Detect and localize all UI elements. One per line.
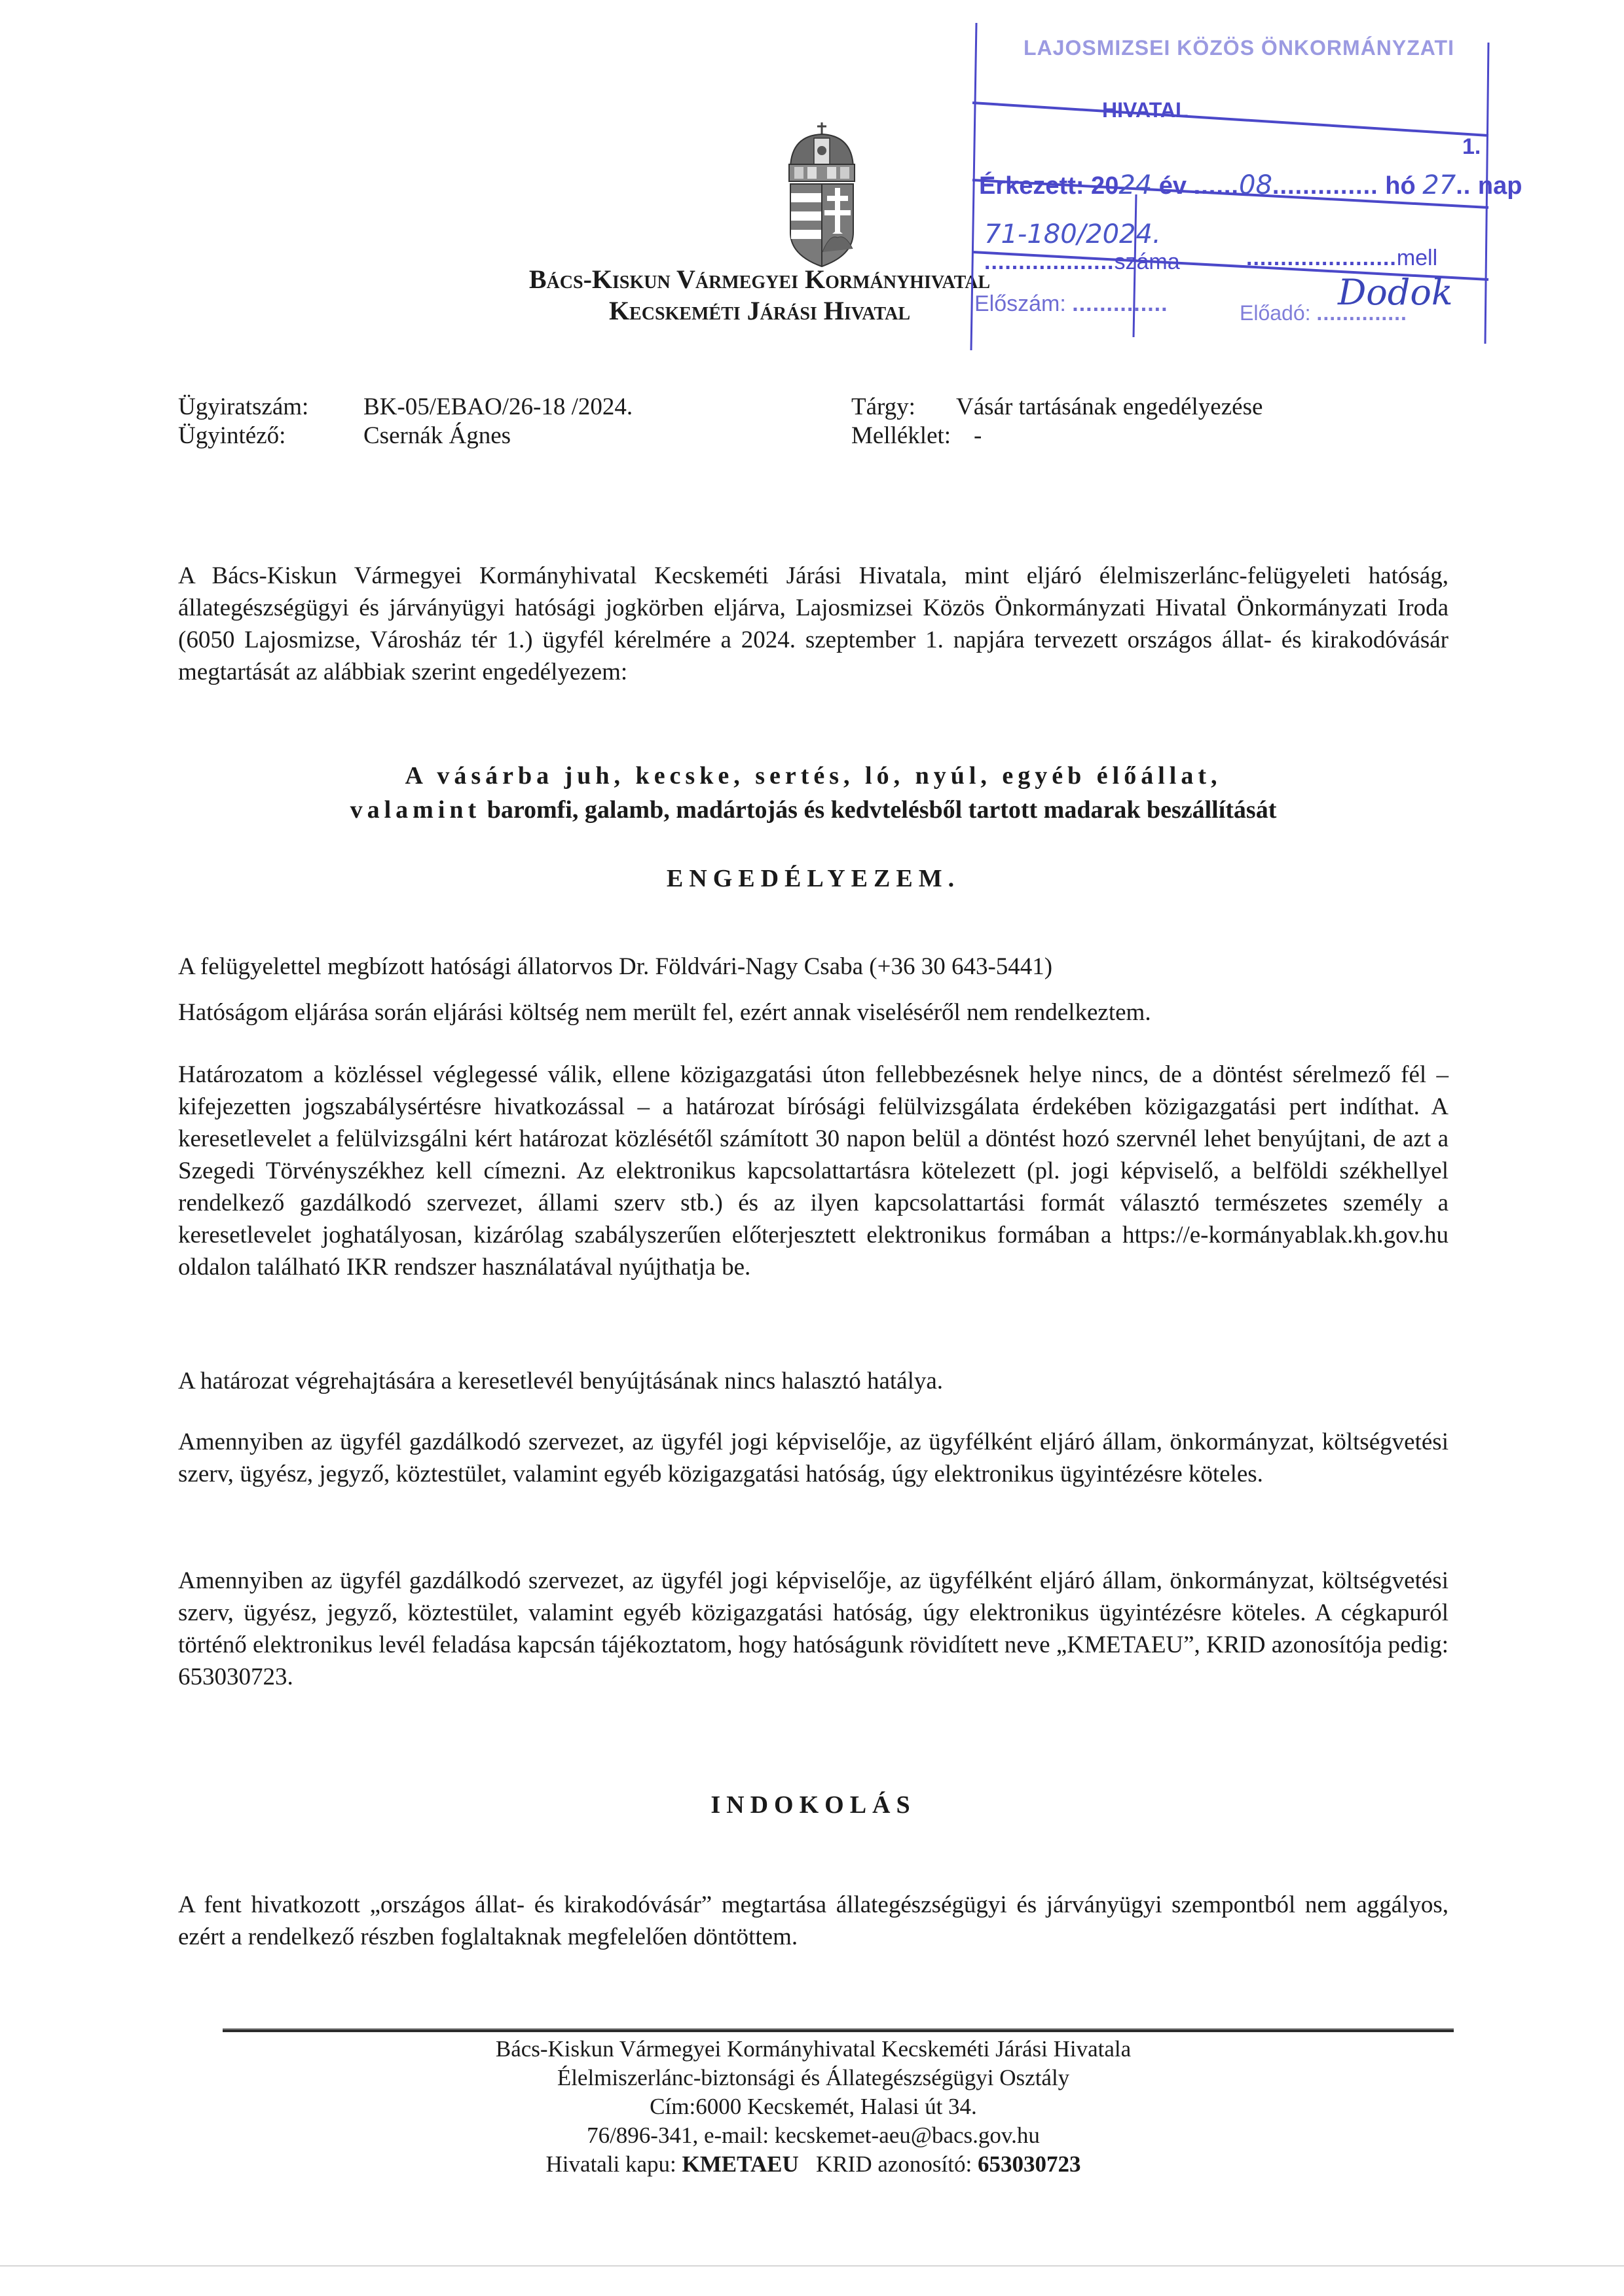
handler-name: Csernák Ágnes	[363, 422, 511, 450]
no-suspension-paragraph: A határozat végrehajtására a keresetlevé…	[178, 1365, 1449, 1397]
reasoning-paragraph: A fent hivatkozott „országos állat- és k…	[178, 1889, 1449, 1953]
costs-paragraph: Hatóságom eljárása során eljárási költsé…	[178, 996, 1449, 1029]
attachment-value: -	[974, 422, 982, 450]
handler-label: Ügyintéző:	[178, 422, 286, 450]
handler-signature: Dodok	[1338, 272, 1453, 313]
received-month: 08	[1239, 170, 1272, 200]
received-date: Érkezett: 2024 év ......08..............…	[979, 170, 1522, 200]
subject-label: Tárgy:	[851, 393, 915, 422]
stamp-number: 1.	[1462, 134, 1481, 160]
electronic-admin-paragraph-2: Amennyiben az ügyfél gazdálkodó szerveze…	[178, 1565, 1449, 1693]
decree-line-1: A vásárba juh, kecske, sertés, ló, nyúl,…	[178, 759, 1449, 792]
footer-address: Cím:6000 Kecskemét, Halasi út 34.	[178, 2092, 1449, 2121]
footer-department: Élelmiszerlánc-biztonsági és Állategészs…	[178, 2064, 1449, 2092]
attachment-label: Melléklet:	[851, 422, 951, 450]
arrival-stamp: LAJOSMIZSEI KÖZÖS ÖNKORMÁNYZATI HIVATAL …	[965, 23, 1492, 350]
footer-divider	[223, 2028, 1454, 2032]
decree-verb: ENGEDÉLYEZEM.	[178, 864, 1449, 893]
scan-edge-line	[0, 2265, 1624, 2267]
file-number: 71-180/2024. ...................száma	[984, 219, 1180, 275]
stamp-title: LAJOSMIZSEI KÖZÖS ÖNKORMÁNYZATI	[1024, 36, 1454, 60]
footer-contact: 76/896-341, e-mail: kecskemet-aeu@bacs.g…	[178, 2121, 1449, 2150]
attachment-count: ......................mell	[1246, 246, 1437, 271]
received-year: 24	[1118, 170, 1152, 200]
stamp-title-line2: HIVATAL	[1102, 98, 1189, 122]
pre-number: Előszám: ..............	[974, 291, 1168, 317]
electronic-admin-paragraph-1: Amennyiben az ügyfél gazdálkodó szerveze…	[178, 1426, 1449, 1490]
case-number: BK-05/EBAO/26-18 /2024.	[363, 393, 633, 422]
subject: Vásár tartásának engedélyezése	[956, 393, 1263, 422]
received-day: 27	[1422, 170, 1456, 200]
case-number-label: Ügyiratszám:	[178, 393, 308, 422]
footer-office: Bács-Kiskun Vármegyei Kormányhivatal Kec…	[178, 2035, 1449, 2064]
decree-line-2: valamint baromfi, galamb, madártojás és …	[178, 793, 1449, 826]
hungarian-coat-of-arms-icon	[783, 121, 861, 268]
vet-paragraph: A felügyelettel megbízott hatósági állat…	[178, 951, 1449, 983]
reasoning-heading: INDOKOLÁS	[178, 1791, 1449, 1819]
footer-gateway: Hivatali kapu: KMETAEU KRID azonosító: 6…	[178, 2150, 1449, 2179]
intro-paragraph: A Bács-Kiskun Vármegyei Kormányhivatal K…	[178, 560, 1449, 688]
footer: Bács-Kiskun Vármegyei Kormányhivatal Kec…	[178, 2035, 1449, 2179]
appeal-paragraph: Határozatom a közléssel véglegessé válik…	[178, 1059, 1449, 1283]
